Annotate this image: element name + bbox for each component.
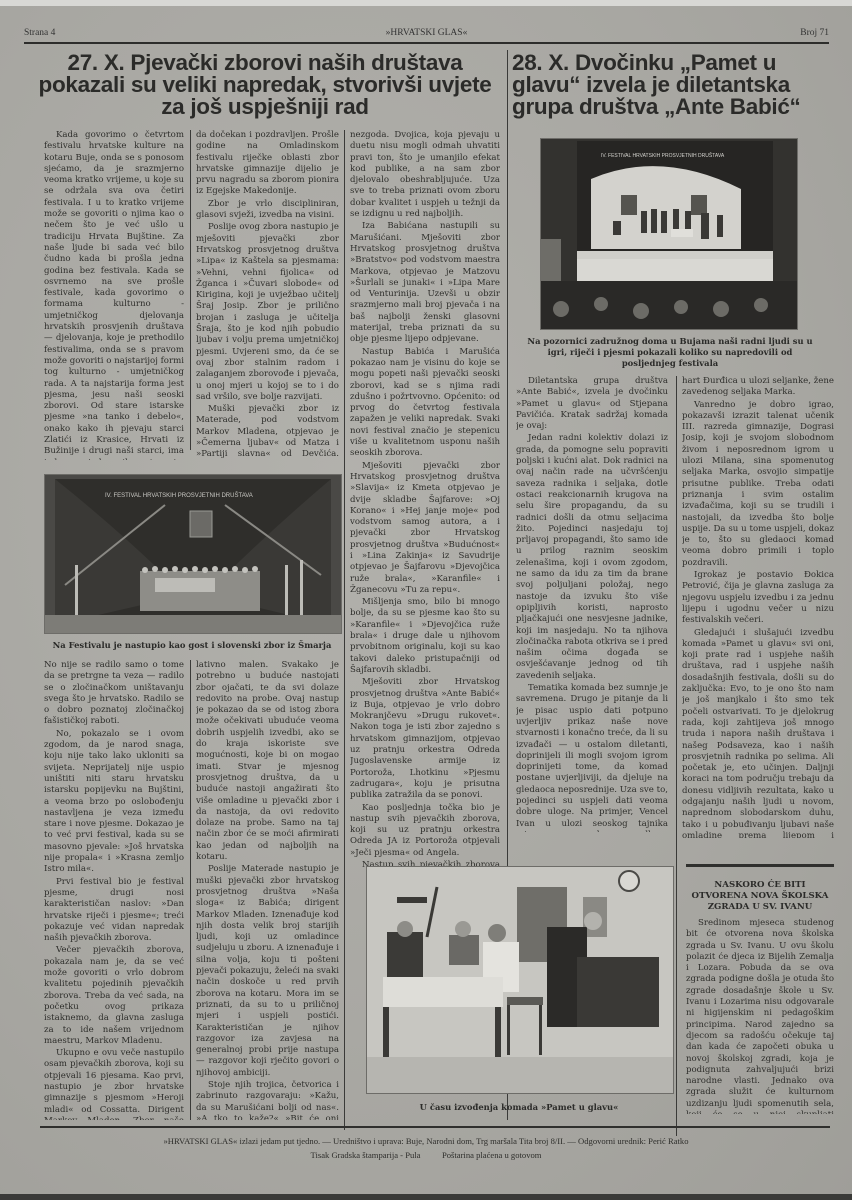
paragraph: Iza Babićana nastupili su Marušićani. Mj… — [350, 221, 500, 345]
paragraph: Gledajući i slušajući izvedbu komada »Pa… — [682, 628, 834, 838]
play-scene-caption: U času izvođenja komada »Pamet u glavu« — [366, 1102, 672, 1113]
svg-text:IV. FESTIVAL HRVATSKIH PROSVJE: IV. FESTIVAL HRVATSKIH PROSVJETNIH DRUŠT… — [601, 152, 725, 159]
stage-photo-caption: Na pozornici zadružnog doma u Bujama naš… — [520, 336, 820, 369]
paragraph: Vanredno je dobro igrao, pokazavši izraz… — [682, 400, 834, 569]
paragraph: Kao posljednja točka bio je nastup svih … — [350, 803, 500, 859]
left-article-col1-top: Kada govorimo o četvrtom festivalu hrvat… — [44, 130, 184, 460]
svg-text:IV. FESTIVAL HRVATSKIH PROSVJE: IV. FESTIVAL HRVATSKIH PROSVJETNIH DRUŠT… — [105, 492, 253, 499]
paragraph: Nastup Babića i Marušića pokazao nam je … — [350, 347, 500, 460]
left-article-col2-top: da dočekan i pozdravljen. Prošle godine … — [196, 130, 339, 460]
sidebox-body: Sredinom mjeseca studenog bit će otvoren… — [686, 918, 834, 1114]
left-article-col3: nezgoda. Dvojica, koja pjevaju u duetu n… — [350, 130, 500, 870]
paragraph: Igrokaz je postavio Đokica Petrović, čij… — [682, 570, 834, 626]
column-divider — [344, 130, 345, 1130]
scan-top-edge — [0, 0, 852, 6]
stage-photo-image: IV. FESTIVAL HRVATSKIH PROSVJETNIH DRUŠT… — [541, 139, 797, 329]
column-divider — [676, 376, 677, 1136]
stage-play-photo: IV. FESTIVAL HRVATSKIH PROSVJETNIH DRUŠT… — [540, 138, 798, 330]
issue-number: Broj 71 — [800, 28, 829, 38]
paragraph: Stoje njih trojica, četvorica i zabrinut… — [196, 1080, 339, 1120]
footer-imprint: »HRVATSKI GLAS« izlazi jedam put tjedno.… — [40, 1136, 812, 1146]
paragraph: Sredinom mjeseca studenog bit će otvoren… — [686, 918, 834, 1114]
paragraph: No, pokazalo se i ovom zgodom, da je nar… — [44, 729, 184, 876]
sidebox-headline: NASKORO ĆE BITI OTVORENA NOVA ŠKOLSKA ZG… — [686, 880, 834, 913]
paragraph: No nije se radilo samo o tome da se pret… — [44, 660, 184, 728]
paragraph: Večer pjevačkih zborova, pokazala nam je… — [44, 945, 184, 1047]
paragraph: da dočekan i pozdravljen. Prošle godine … — [196, 130, 339, 198]
paragraph: Mješoviti zbor Hrvatskog prosvjetnog dru… — [350, 677, 500, 801]
scan-bottom-edge — [0, 1194, 852, 1200]
paragraph: Diletantska grupa društva »Ante Babić«, … — [516, 376, 668, 432]
paragraph: Muški pjevački zbor iz Materade, pod vod… — [196, 404, 339, 460]
play-scene-photo — [366, 866, 674, 1094]
play-scene-image — [367, 867, 673, 1093]
paper-name: »HRVATSKI GLAS« — [24, 28, 829, 38]
sidebox-rule-top — [686, 864, 834, 867]
paragraph: nezgoda. Dvojica, koja pjevaju u duetu n… — [350, 130, 500, 220]
headline-left-article: 27. X. Pjevački zborovi naših društava p… — [30, 52, 500, 118]
left-article-col2-bottom: lativno malen. Svakako je potrebno u bud… — [196, 660, 339, 1120]
paragraph: Tematika komada bez sumnje je savremena.… — [516, 683, 668, 832]
paragraph: Zbor je vrlo discipliniran, glasovi svje… — [196, 199, 339, 222]
paragraph: Poslije ovog zbora nastupio je mješoviti… — [196, 222, 339, 403]
choir-photo-caption: Na Festivalu je nastupio kao gost i slov… — [44, 640, 340, 651]
running-head: Strana 4 »HRVATSKI GLAS« Broj 71 — [24, 28, 829, 42]
paragraph: Prvi festival bio je festival pjesme, dr… — [44, 877, 184, 945]
choir-stage-photo: IV. FESTIVAL HRVATSKIH PROSVJETNIH DRUŠT… — [44, 474, 342, 634]
paragraph: Mješoviti pjevački zbor Hrvatskog prosvj… — [350, 461, 500, 597]
choir-photo-image: IV. FESTIVAL HRVATSKIH PROSVJETNIH DRUŠT… — [45, 475, 341, 633]
column-divider — [190, 660, 191, 1120]
right-article-col1: Diletantska grupa društva »Ante Babić«, … — [516, 376, 668, 832]
paragraph: Ukupno e ovu veče nastupilo osam pjevačk… — [44, 1048, 184, 1120]
left-article-col1-bottom: No nije se radilo samo o tome da se pret… — [44, 660, 184, 1120]
paragraph: Poslije Materade nastupio je muški pjeva… — [196, 864, 339, 1079]
column-divider — [190, 130, 191, 450]
paragraph: Jedan radni kolektiv dolazi iz grada, da… — [516, 433, 668, 682]
paragraph: hart Đurđica u ulozi seljanke, žene zave… — [682, 376, 834, 399]
newspaper-page: Strana 4 »HRVATSKI GLAS« Broj 71 27. X. … — [0, 0, 852, 1200]
paragraph: lativno malen. Svakako je potrebno u bud… — [196, 660, 339, 863]
paragraph: Mišljenja smo, bilo bi mnogo bolje, da s… — [350, 597, 500, 676]
footer-printer: Tisak Gradska štamparija - Pula Poštarin… — [40, 1150, 812, 1160]
footer-rule — [40, 1126, 830, 1128]
right-article-col2: hart Đurđica u ulozi seljanke, žene zave… — [682, 376, 834, 838]
masthead-rule — [24, 42, 829, 44]
paragraph: Kada govorimo o četvrtom festivalu hrvat… — [44, 130, 184, 460]
headline-right-article: 28. X. Dvočinku „Pamet u glavu“ izvela j… — [512, 52, 842, 118]
